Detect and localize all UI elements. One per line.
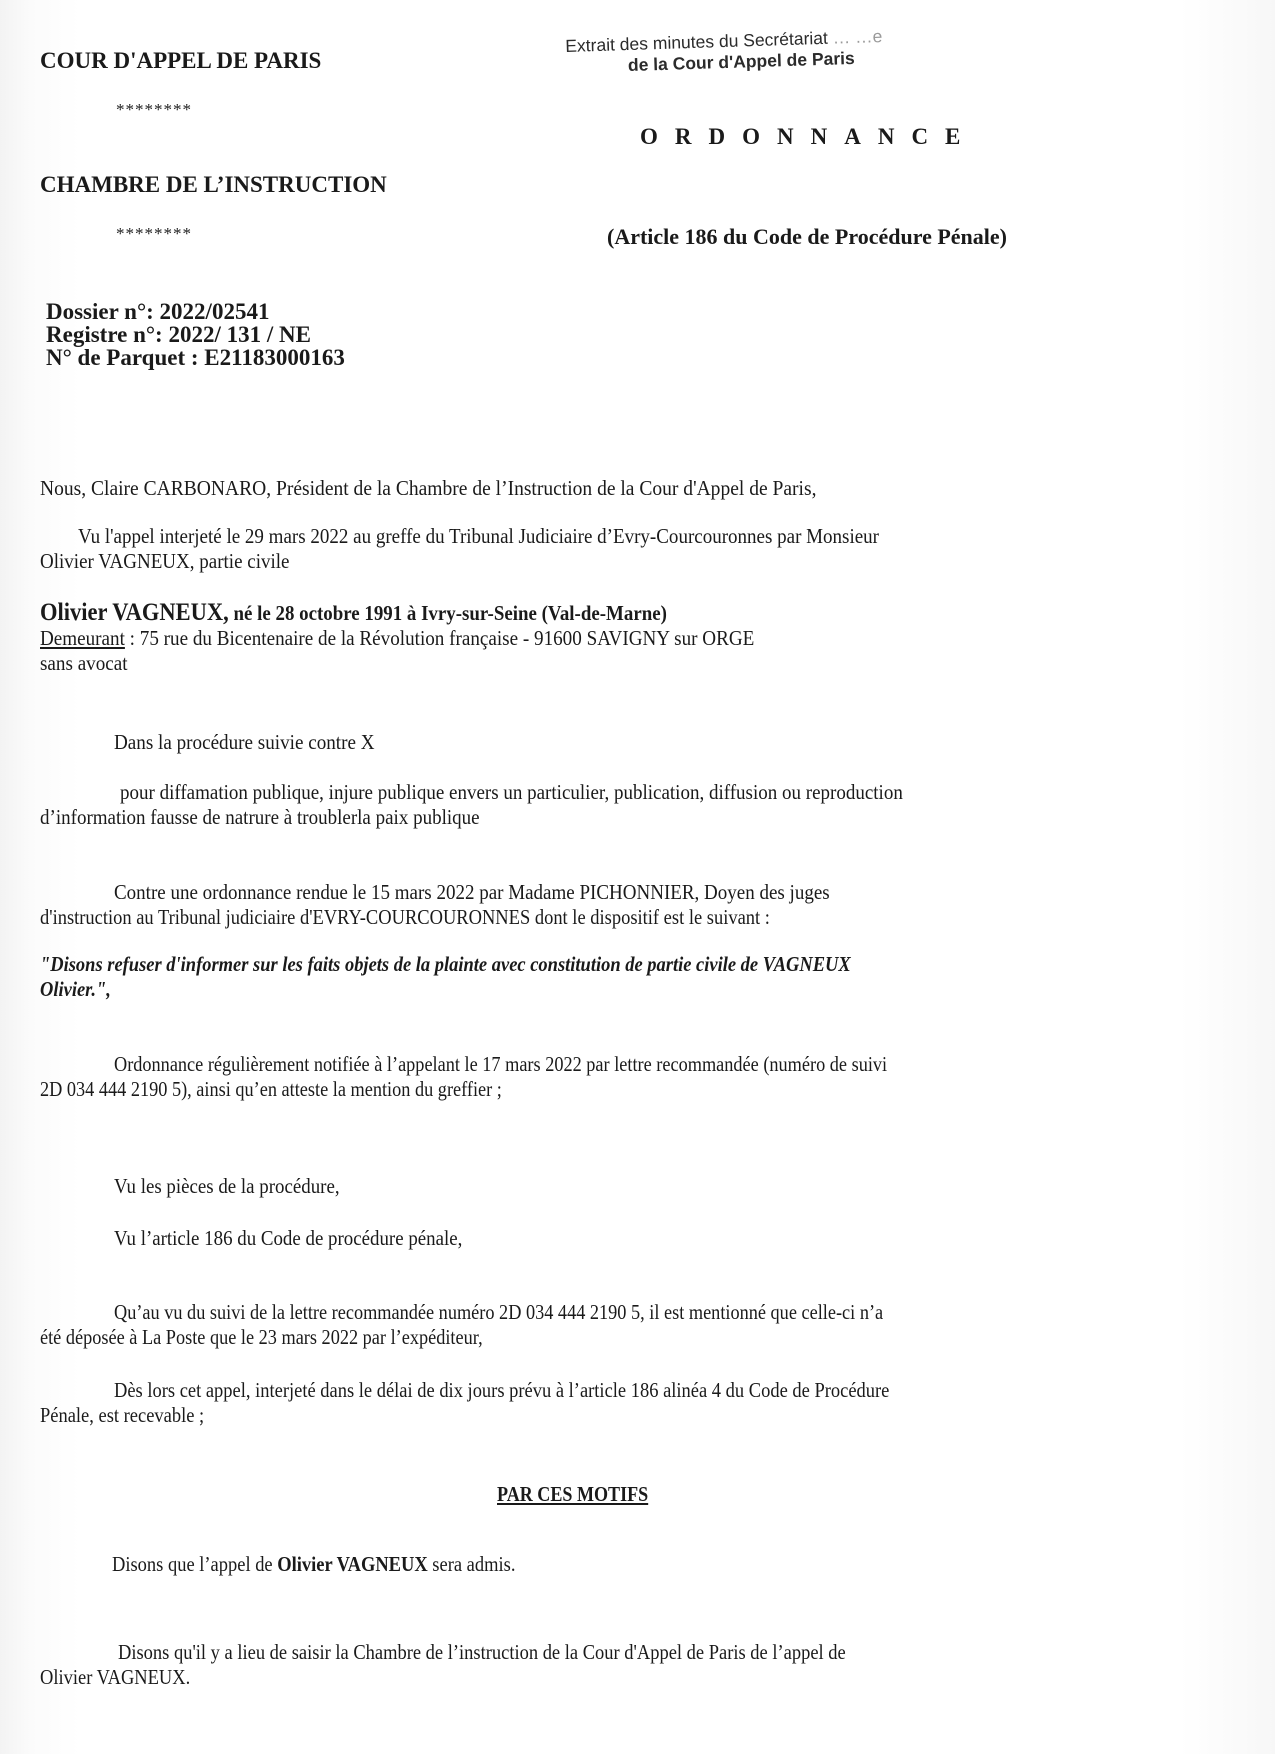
party-birth: né le 28 octobre 1991 à Ivry-sur-Seine (… — [229, 601, 667, 625]
paragraph-saisir: Disons qu'il y a lieu de saisir la Chamb… — [40, 1640, 945, 1690]
text-line: Disons qu'il y a lieu de saisir la Chamb… — [118, 1640, 846, 1665]
case-references: Dossier n°: 2022/02541 Registre n°: 2022… — [46, 300, 345, 369]
paragraph-notification: Ordonnance régulièrement notifiée à l’ap… — [40, 1052, 1003, 1102]
motifs-heading: PAR CES MOTIFS — [497, 1482, 673, 1507]
text-line: d’information fausse de natrure à troubl… — [40, 805, 480, 830]
court-name: COUR D'APPEL DE PARIS — [40, 48, 321, 74]
text-line: Qu’au vu du suivi de la lettre recommand… — [114, 1300, 883, 1325]
text-line: d'instruction au Tribunal judiciaire d'E… — [40, 905, 770, 930]
dossier-number: Dossier n°: 2022/02541 — [46, 300, 345, 323]
text-line: Olivier VAGNEUX, partie civile — [40, 549, 289, 574]
text-line: Contre une ordonnance rendue le 15 mars … — [114, 880, 830, 905]
text-line: Vu l'appel interjeté le 29 mars 2022 au … — [78, 524, 879, 549]
text-line: Vu l’article 186 du Code de procédure pé… — [114, 1226, 462, 1251]
text-line: Dès lors cet appel, interjeté dans le dé… — [114, 1378, 889, 1403]
text-line: Vu les pièces de la procédure, — [114, 1174, 340, 1199]
motifs-heading-text: PAR CES MOTIFS — [497, 1482, 648, 1507]
text-line: pour diffamation publique, injure publiq… — [120, 780, 903, 805]
paragraph-nous: Nous, Claire CARBONARO, Président de la … — [40, 476, 875, 501]
counsel: sans avocat — [40, 651, 128, 676]
text-line: Dans la procédure suivie contre X — [114, 730, 375, 755]
separator-stars: ******** — [116, 100, 192, 120]
registre-number: Registre n°: 2022/ 131 / NE — [46, 323, 345, 346]
document-subtitle: (Article 186 du Code de Procédure Pénale… — [607, 224, 1007, 250]
text-line: Nous, Claire CARBONARO, Président de la … — [40, 476, 816, 501]
parquet-number: N° de Parquet : E21183000163 — [46, 346, 345, 369]
paragraph-contre: Contre une ordonnance rendue le 15 mars … — [40, 880, 905, 930]
text-line: "Disons refuser d'informer sur les faits… — [40, 952, 851, 977]
stamp-faded-text: … …e — [832, 26, 882, 48]
text-line: été déposée à La Poste que le 23 mars 20… — [40, 1325, 483, 1350]
paragraph-charges: pour diffamation publique, injure publiq… — [40, 780, 985, 830]
paragraph-vu-pieces: Vu les pièces de la procédure, — [40, 1174, 365, 1199]
paragraph-dispositif: "Disons refuser d'informer sur les faits… — [40, 952, 961, 1002]
paragraph-suivi: Qu’au vu du suivi de la lettre recommand… — [40, 1300, 998, 1350]
appellant-name: Olivier VAGNEUX — [277, 1552, 427, 1576]
paragraph-vu-appel: Vu l'appel interjeté le 29 mars 2022 au … — [40, 524, 963, 574]
party-name: Olivier VAGNEUX, — [40, 599, 229, 626]
chamber-name: CHAMBRE DE L’INSTRUCTION — [40, 172, 387, 198]
paragraph-party: Olivier VAGNEUX, né le 28 octobre 1991 à… — [40, 600, 825, 676]
paragraph-vu-article: Vu l’article 186 du Code de procédure pé… — [40, 1226, 501, 1251]
paragraph-recevable: Dès lors cet appel, interjeté dans le dé… — [40, 1378, 995, 1428]
text-line: 2D 034 444 2190 5), ainsi qu’en atteste … — [40, 1077, 502, 1102]
paragraph-admis: Disons que l’appel de Olivier VAGNEUX se… — [40, 1552, 570, 1577]
address-label: Demeurant — [40, 626, 125, 650]
document-title: ORDONNANCE — [640, 124, 977, 150]
text-fragment: sera admis. — [428, 1552, 516, 1576]
text-line: Olivier VAGNEUX. — [40, 1665, 190, 1690]
text-line: Ordonnance régulièrement notifiée à l’ap… — [114, 1052, 887, 1077]
address-value: : 75 rue du Bicentenaire de la Révolutio… — [125, 626, 754, 650]
text-line: Olivier.", — [40, 977, 111, 1002]
text-fragment: Disons que l’appel de — [112, 1552, 277, 1576]
separator-stars: ******** — [116, 224, 192, 244]
paragraph-procedure: Dans la procédure suivie contre X — [40, 730, 400, 755]
text-line: Pénale, est recevable ; — [40, 1403, 204, 1428]
